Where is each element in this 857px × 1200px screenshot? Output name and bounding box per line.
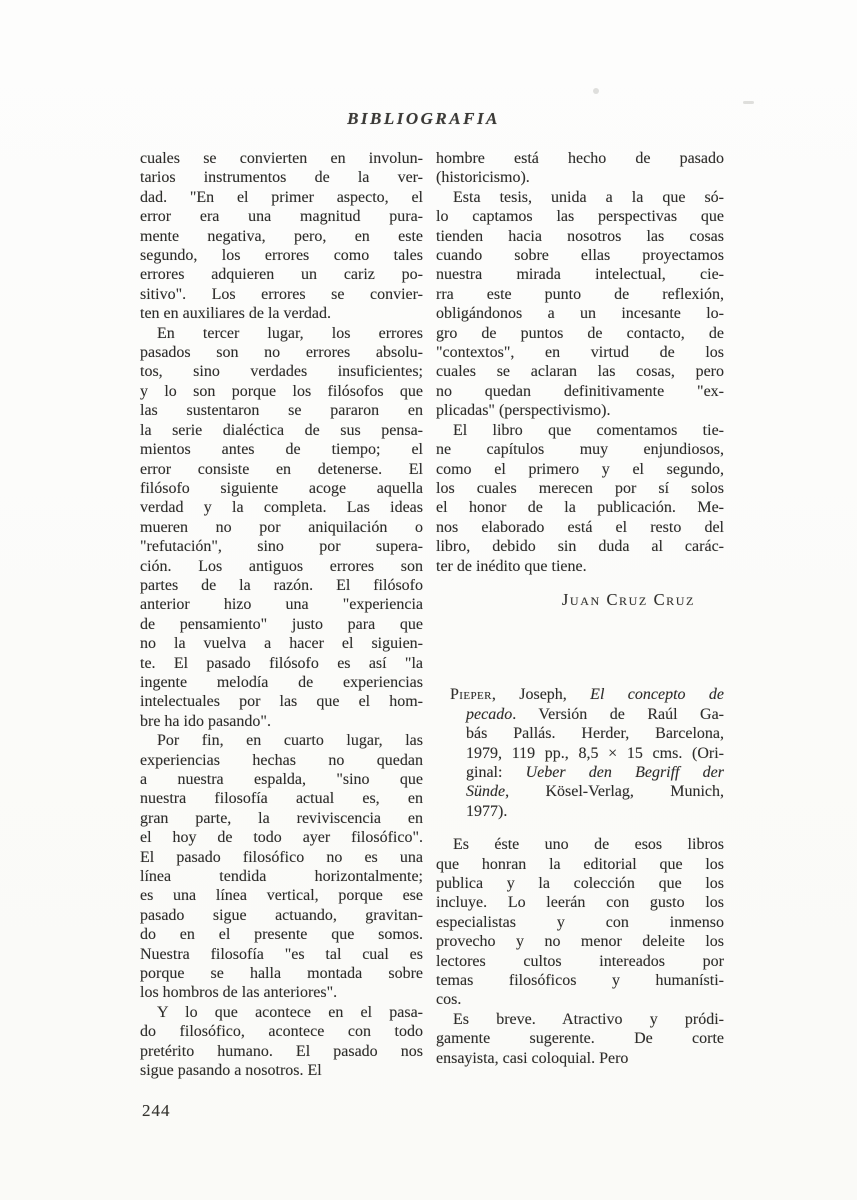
text-line: tos, sino verdades insuficientes; [140, 362, 423, 381]
text-line: En tercer lugar, los errores [140, 324, 423, 343]
text-line: rra este punto de reflexión, [436, 285, 724, 304]
text-line: mientos antes de tiempo; el [140, 440, 423, 459]
text-line: verdad y la completa. Las ideas [140, 498, 423, 517]
text-line: ensayista, casi coloquial. Pero [436, 1049, 724, 1068]
text-line: (historicismo). [436, 168, 724, 187]
text-line: El pasado filosófico no es una [140, 848, 423, 867]
text-line: lo captamos las perspectivas que [436, 207, 724, 226]
text-line: filósofo siguiente acoge aquella [140, 479, 423, 498]
scan-artifact-speck [743, 101, 754, 104]
text-line: temas filosóficos y humanísti- [436, 971, 724, 990]
text-line: ter de inédito que tiene. [436, 557, 724, 576]
text-line: "contextos", en virtud de los [436, 343, 724, 362]
paragraph-el-libro: El libro que comentamos tie-ne capítulos… [436, 421, 724, 576]
text-line: especialistas y con inmenso [436, 913, 724, 932]
text-line: dad. "En el primer aspecto, el [140, 188, 423, 207]
paragraph-en-tercer-lugar: En tercer lugar, los errorespasados son … [140, 324, 423, 732]
scanned-book-page: BIBLIOGRAFIA cuales se convierten en inv… [0, 0, 857, 1200]
text-line: Por fin, en cuarto lugar, las [140, 731, 423, 750]
text-line: Y lo que acontece en el pasa- [140, 1003, 423, 1022]
text-line: es una línea vertical, porque ese [140, 886, 423, 905]
text-line: gran parte, la reviviscencia en [140, 809, 423, 828]
text-line: segundo, los errores como tales [140, 246, 423, 265]
text-line: Es breve. Atractivo y pródi- [436, 1010, 724, 1029]
text-line: error era una magnitud pura- [140, 207, 423, 226]
scan-artifact-speck [593, 88, 599, 94]
text-line: provecho y no menor deleite los [436, 932, 724, 951]
text-line: el honor de la publicación. Me- [436, 498, 724, 517]
paragraph-continuation-hombre: hombre está hecho de pasado(historicismo… [436, 149, 724, 188]
text-line: 1977). [466, 802, 724, 821]
text-line: gro de puntos de contacto, de [436, 324, 724, 343]
text-line: sigue pasando a nosotros. El [140, 1061, 423, 1080]
text-line: no quedan definitivamente "ex- [436, 382, 724, 401]
text-line: pretérito humano. El pasado nos [140, 1042, 423, 1061]
text-line: y lo son porque los filósofos que [140, 382, 423, 401]
text-line: el hoy de todo ayer filosófico". [140, 828, 423, 847]
reviewer-signature: Juan Cruz Cruz [436, 590, 724, 609]
text-line: tienden hacia nosotros las cosas [436, 227, 724, 246]
text-line: do filosófico, acontece con todo [140, 1022, 423, 1041]
text-line: publica y la colección que los [436, 874, 724, 893]
text-line: cuales se convierten en involun- [140, 149, 423, 168]
text-line: como el primero y el segundo, [436, 460, 724, 479]
text-line: las sustentaron se pararon en [140, 401, 423, 420]
text-line: incluye. Lo leerán con gusto los [436, 893, 724, 912]
text-line: no la vuelva a hacer el siguien- [140, 634, 423, 653]
text-line: los hombros de las anteriores". [140, 983, 423, 1002]
text-line: cuando sobre ellas proyectamos [436, 246, 724, 265]
text-line: ción. Los antiguos errores son [140, 557, 423, 576]
left-column: cuales se convierten en involun-tarios i… [140, 149, 423, 1081]
text-line: pecado. Versión de Raúl Ga- [466, 705, 724, 724]
text-line: error consiste en detenerse. El [140, 460, 423, 479]
book-citation: Pieper, Joseph, El concepto depecado. Ve… [436, 685, 724, 821]
text-line: obligándonos a un incesante lo- [436, 304, 724, 323]
text-line: cos. [436, 990, 724, 1009]
text-line: Es éste uno de esos libros [436, 835, 724, 854]
page-title: BIBLIOGRAFIA [0, 109, 847, 129]
text-line: do en el presente que somos. [140, 925, 423, 944]
text-line: cuales se aclaran las cosas, pero [436, 362, 724, 381]
text-line: "refutación", sino por supera- [140, 537, 423, 556]
text-line: nuestra filosofía actual es, en [140, 789, 423, 808]
text-line: la serie dialéctica de sus pensa- [140, 421, 423, 440]
text-line: experiencias hechas no quedan [140, 751, 423, 770]
text-line: nuestra mirada intelectual, cie- [436, 265, 724, 284]
text-line: de pensamiento" justo para que [140, 615, 423, 634]
text-line: ingente melodía de experiencias [140, 673, 423, 692]
text-line: lectores cultos intereados por [436, 952, 724, 971]
text-line: bre ha ido pasando". [140, 712, 423, 731]
text-line: Nuestra filosofía "es tal cual es [140, 945, 423, 964]
text-line: 1979, 119 pp., 8,5 × 15 cms. (Ori- [466, 744, 724, 763]
text-line: pasados son no errores absolu- [140, 343, 423, 362]
text-line: El libro que comentamos tie- [436, 421, 724, 440]
paragraph-es-breve: Es breve. Atractivo y pródi-gamente suge… [436, 1010, 724, 1068]
text-line: Sünde, Kösel-Verlag, Munich, [466, 782, 724, 801]
text-line: Esta tesis, unida a la que só- [436, 188, 724, 207]
text-line: Pieper, Joseph, El concepto de [466, 685, 724, 704]
text-line: porque se halla montada sobre [140, 964, 423, 983]
text-line: intelectuales por las que el hom- [140, 692, 423, 711]
text-line: bás Pallás. Herder, Barcelona, [466, 724, 724, 743]
text-line: gamente sugerente. De corte [436, 1029, 724, 1048]
text-line: los cuales merecen por sí solos [436, 479, 724, 498]
text-line: pasado sigue actuando, gravitan- [140, 906, 423, 925]
text-line: ten en auxiliares de la verdad. [140, 304, 423, 323]
text-line: que honran la editorial que los [436, 855, 724, 874]
text-line: mueren no por aniquilación o [140, 518, 423, 537]
text-line: ne capítulos muy enjundiosos, [436, 440, 724, 459]
text-line: errores adquieren un cariz po- [140, 265, 423, 284]
paragraph-esta-tesis: Esta tesis, unida a la que só-lo captamo… [436, 188, 724, 421]
paragraph-y-lo-que: Y lo que acontece en el pasa-do filosófi… [140, 1003, 423, 1081]
text-line: nos elaborado está el resto del [436, 518, 724, 537]
text-line: ginal: Ueber den Begriff der [466, 763, 724, 782]
page-number: 244 [142, 1101, 171, 1121]
paragraph-es-este: Es éste uno de esos librosque honran la … [436, 835, 724, 1010]
text-line: partes de la razón. El filósofo [140, 576, 423, 595]
text-line: te. El pasado filósofo es así "la [140, 654, 423, 673]
text-line: anterior hizo una "experiencia [140, 595, 423, 614]
text-line: a nuestra espalda, "sino que [140, 770, 423, 789]
text-line: mente negativa, pero, en este [140, 227, 423, 246]
text-line: hombre está hecho de pasado [436, 149, 724, 168]
text-line: tarios instrumentos de la ver- [140, 168, 423, 187]
right-column: hombre está hecho de pasado(historicismo… [436, 149, 724, 1068]
text-line: línea tendida horizontalmente; [140, 867, 423, 886]
paragraph-continuation-errores: cuales se convierten en involun-tarios i… [140, 149, 423, 324]
paragraph-por-fin: Por fin, en cuarto lugar, lasexperiencia… [140, 731, 423, 1003]
text-line: libro, debido sin duda al carác- [436, 537, 724, 556]
text-line: sitivo". Los errores se convier- [140, 285, 423, 304]
text-line: plicadas" (perspectivismo). [436, 401, 724, 420]
